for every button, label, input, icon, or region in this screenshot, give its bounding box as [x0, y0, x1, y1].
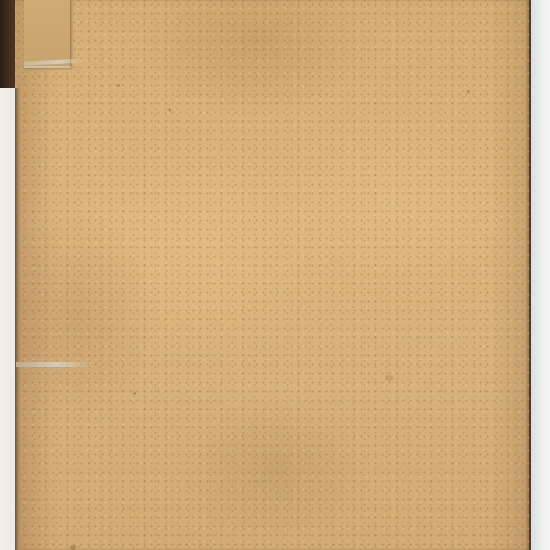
- stain-spot: [467, 90, 470, 93]
- crease-bottom: [16, 362, 96, 367]
- stain-spot: [133, 392, 136, 395]
- stain-spot: [385, 375, 393, 381]
- stain-spot: [70, 545, 76, 550]
- spine-edge: [15, 88, 21, 550]
- backdrop-right: [530, 0, 550, 550]
- photo-scene: [0, 0, 550, 550]
- book-cover: [15, 0, 531, 550]
- paper-texture: [15, 0, 531, 550]
- stain-spot: [117, 84, 120, 87]
- folded-tab: [24, 0, 71, 68]
